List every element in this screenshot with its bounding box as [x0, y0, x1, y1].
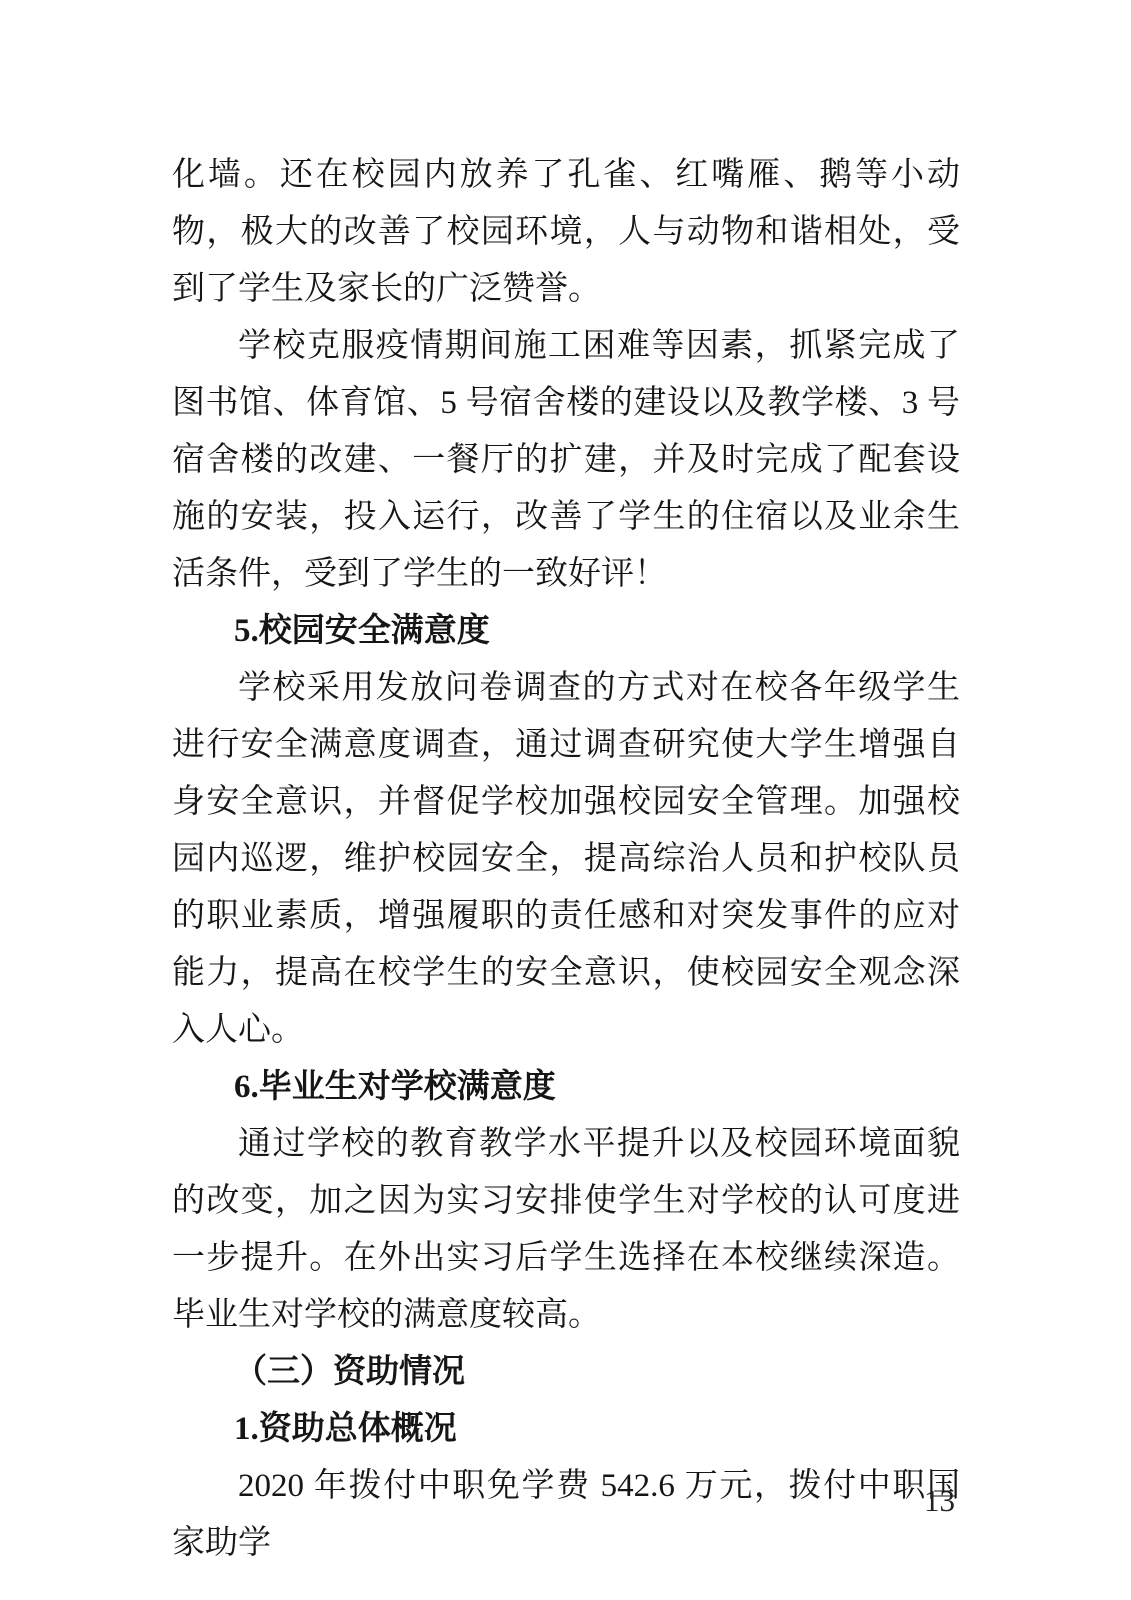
heading-funding-section: （三）资助情况 [172, 1344, 960, 1401]
paragraph-safety-survey: 学校采用发放问卷调查的方式对在校各年级学生进行安全满意度调查，通过调查研究使大学… [172, 660, 960, 1059]
page-number: 13 [924, 1481, 955, 1521]
paragraph-funding-overview: 2020 年拨付中职免学费 542.6 万元，拨付中职国家助学 [172, 1458, 960, 1572]
paragraph-campus-environment-continued: 化墙。还在校园内放养了孔雀、红嘴雁、鹅等小动物，极大的改善了校园环境，人与动物和… [172, 147, 960, 318]
heading-funding-overview: 1.资助总体概况 [172, 1401, 960, 1458]
document-body: 化墙。还在校园内放养了孔雀、红嘴雁、鹅等小动物，极大的改善了校园环境，人与动物和… [172, 147, 960, 1572]
paragraph-graduate-satisfaction: 通过学校的教育教学水平提升以及校园环境面貌的改变，加之因为实习安排使学生对学校的… [172, 1116, 960, 1344]
paragraph-construction-projects: 学校克服疫情期间施工困难等因素，抓紧完成了图书馆、体育馆、5 号宿舍楼的建设以及… [172, 318, 960, 603]
document-page: 化墙。还在校园内放养了孔雀、红嘴雁、鹅等小动物，极大的改善了校园环境，人与动物和… [0, 0, 1131, 1600]
heading-graduate-satisfaction: 6.毕业生对学校满意度 [172, 1059, 960, 1116]
heading-campus-safety-satisfaction: 5.校园安全满意度 [172, 603, 960, 660]
